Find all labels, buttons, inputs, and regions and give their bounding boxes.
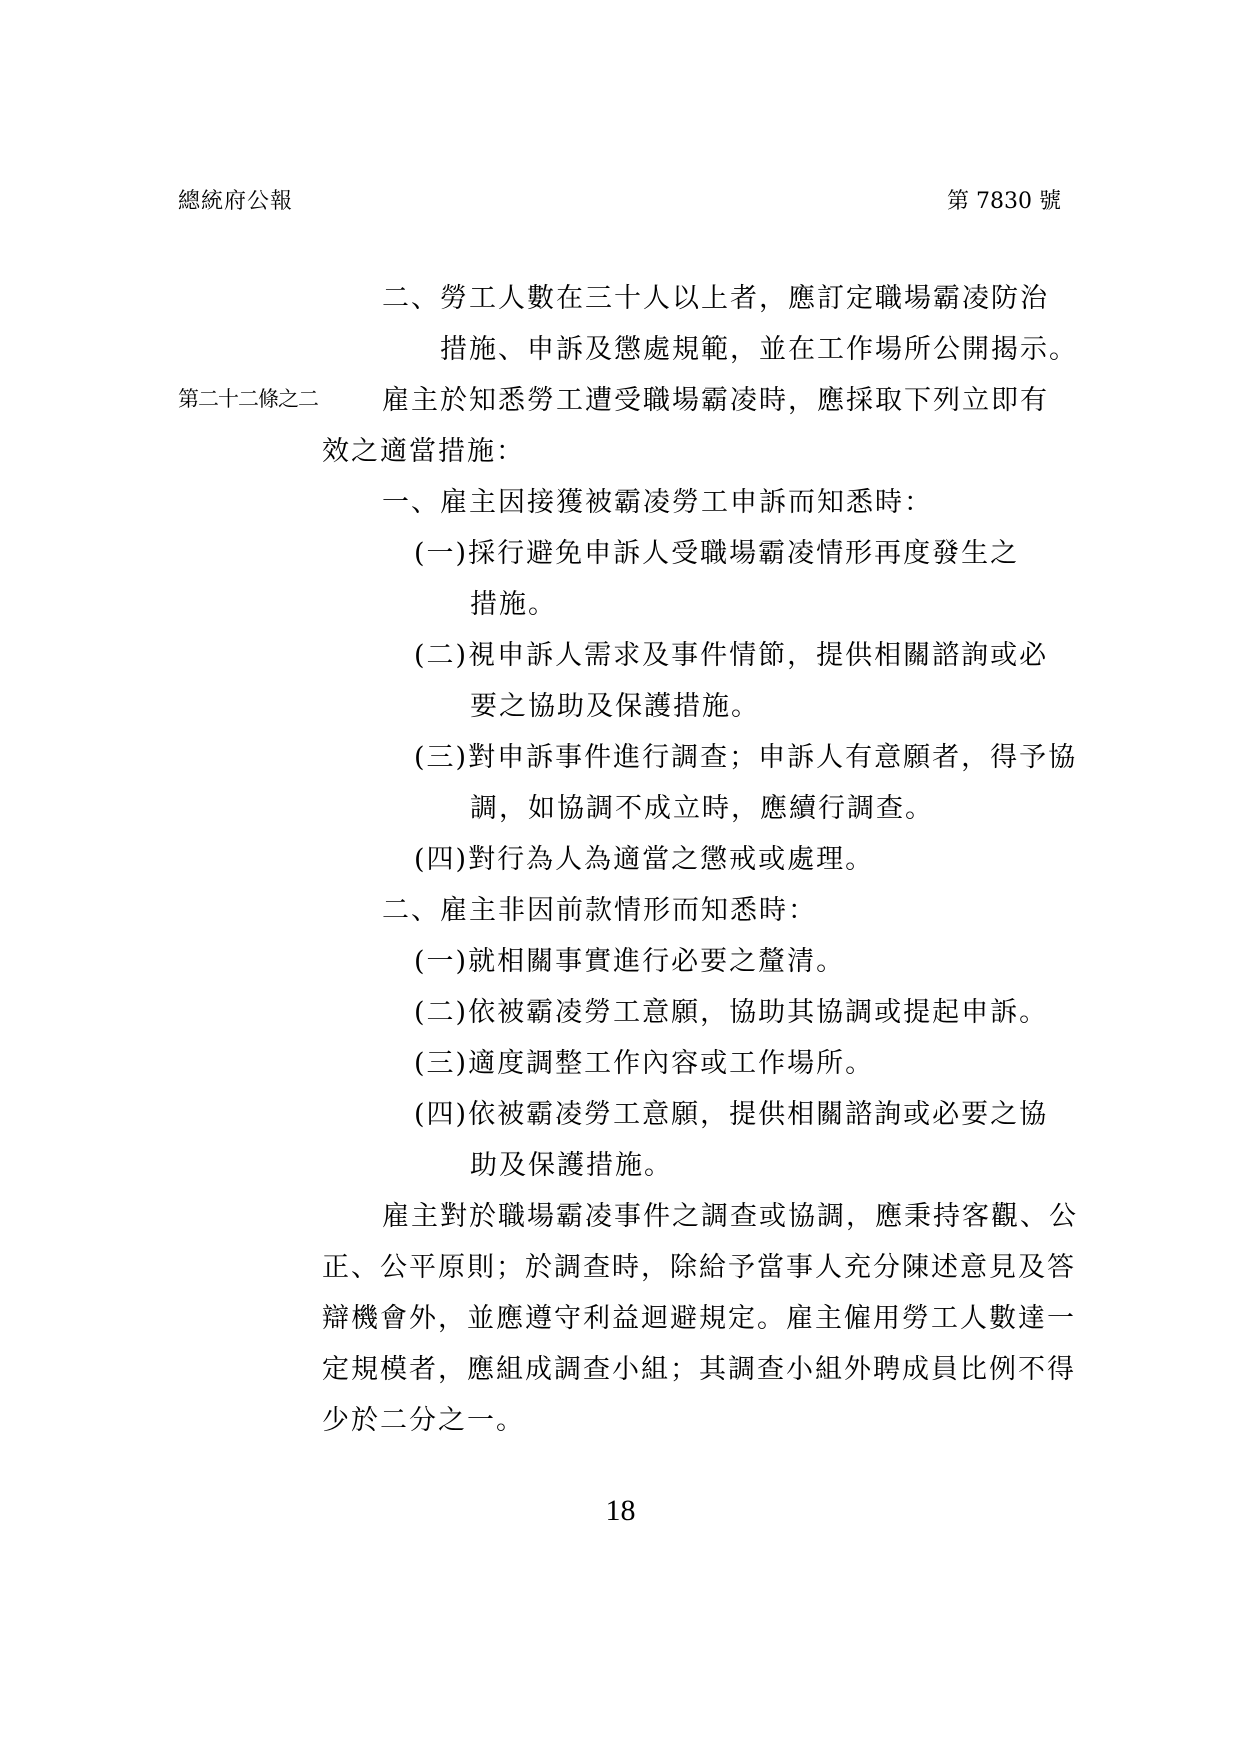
text-line: 調，如協調不成立時，應續行調查。 [470,792,934,826]
text-line: 措施。 [470,588,557,622]
text-line: 一、雇主因接獲被霸凌勞工申訴而知悉時： [382,486,933,520]
text-line: 效之適當措施： [322,435,525,469]
text-line: (三)適度調整工作內容或工作場所。 [414,1047,874,1081]
text-line: (一)就相關事實進行必要之釐清。 [414,945,845,979]
text-line: 定規模者，應組成調查小組；其調查小組外聘成員比例不得 [322,1353,1076,1387]
text-line: 二、勞工人數在三十人以上者，應訂定職場霸凌防治 [382,282,1049,316]
text-line: 少於二分之一。 [322,1404,525,1438]
text-line: (三)對申訴事件進行調查；申訴人有意願者，得予協 [414,741,1077,775]
page-number: 18 [0,1494,1241,1528]
text-line: 二、雇主非因前款情形而知悉時： [382,894,817,928]
text-line: (二)視申訴人需求及事件情節，提供相關諮詢或必 [414,639,1048,673]
publication-title: 總統府公報 [178,184,293,215]
text-line: 辯機會外，並應遵守利益迴避規定。雇主僱用勞工人數達一 [322,1302,1076,1336]
text-line: (四)依被霸凌勞工意願，提供相關諮詢或必要之協 [414,1098,1048,1132]
text-line: 雇主對於職場霸凌事件之調查或協調，應秉持客觀、公 [382,1200,1078,1234]
text-line: (四)對行為人為適當之懲戒或處理。 [414,843,874,877]
article-label: 第二十二條之二 [178,384,318,414]
text-line: (一)採行避免申訴人受職場霸凌情形再度發生之 [414,537,1019,571]
text-line: 助及保護措施。 [470,1149,673,1183]
text-line: (二)依被霸凌勞工意願，協助其協調或提起申訴。 [414,996,1048,1030]
text-line: 措施、申訴及懲處規範，並在工作場所公開揭示。 [440,333,1078,367]
issue-number: 第 7830 號 [947,184,1061,215]
text-line: 正、公平原則；於調查時，除給予當事人充分陳述意見及答 [322,1251,1076,1285]
document-page: 總統府公報 第 7830 號 第二十二條之二 二、勞工人數在三十人以上者，應訂定… [0,0,1241,1754]
text-line: 要之協助及保護措施。 [470,690,760,724]
text-line: 雇主於知悉勞工遭受職場霸凌時，應採取下列立即有 [382,384,1049,418]
